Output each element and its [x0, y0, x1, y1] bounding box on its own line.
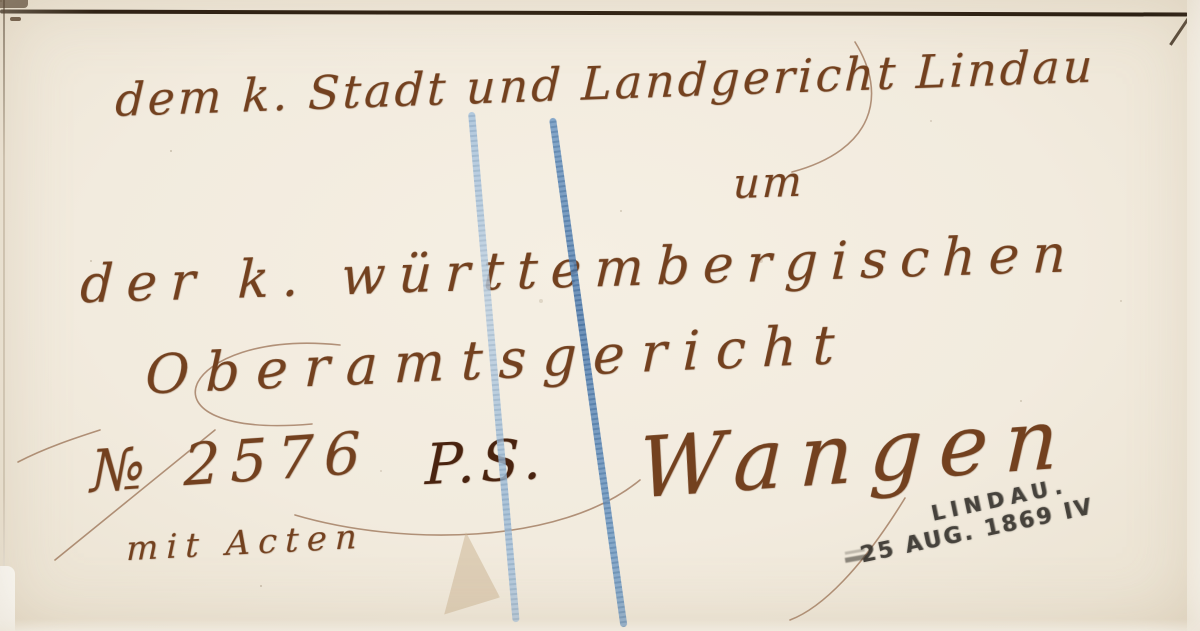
handwriting-reference-number: № 2576: [90, 418, 370, 506]
handwriting-addressee-line: dem k. Stadt und Landgericht Lindau: [114, 39, 1096, 127]
handwriting-initials: P.S.: [425, 427, 548, 499]
sheet-bottom-fade: [0, 619, 1200, 631]
sheet-top-edge: [0, 9, 1188, 16]
letter-photo: dem k. Stadt und Landgericht Lindau um d…: [0, 0, 1200, 631]
handwriting-mit-acten-note: mit Acten: [126, 517, 365, 570]
sheet-left-edge-mark: [10, 17, 21, 21]
sheet-left-edge: [3, 0, 5, 631]
seal-smudge: [438, 532, 500, 618]
handwriting-um-word: um: [732, 157, 805, 209]
sheet-right-margin: [1187, 0, 1200, 631]
